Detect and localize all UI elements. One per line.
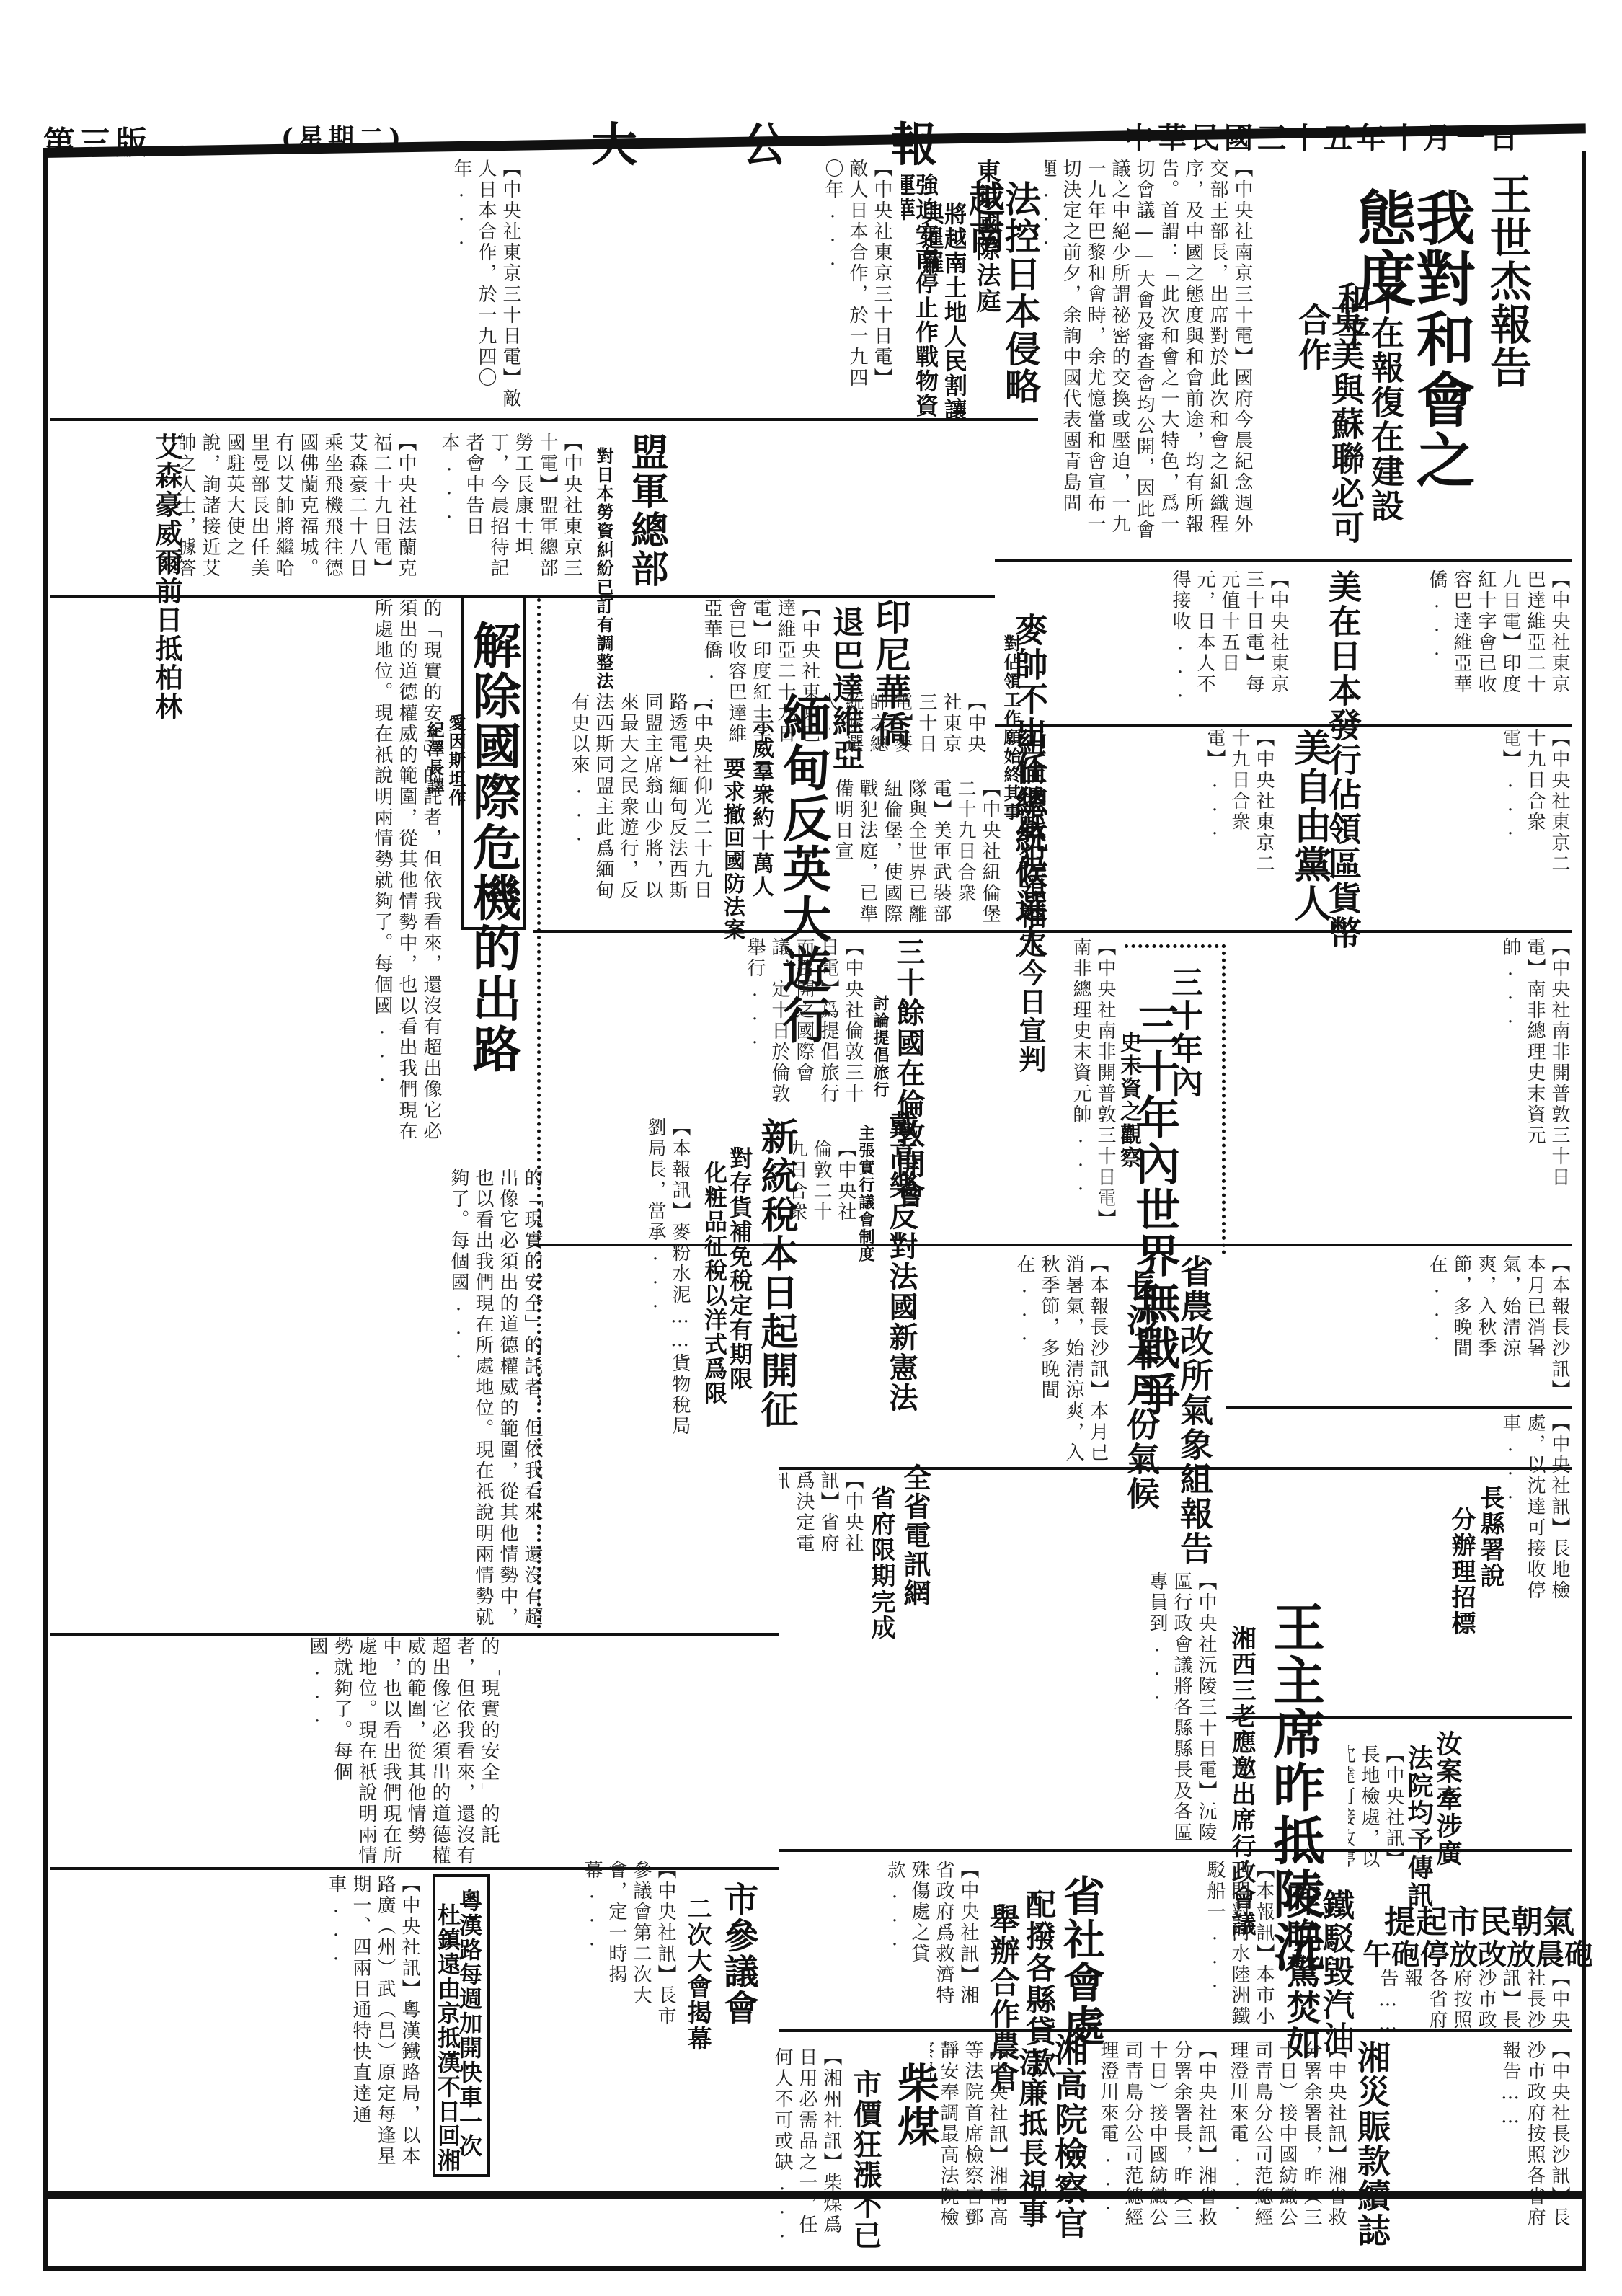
divider xyxy=(995,724,1572,727)
subhead: 主張實行議會制度 xyxy=(858,1125,874,1263)
article-body: 【中央社東京巴達維亞二十九日電】印度紅十字會已收容巴達維亞華僑... xyxy=(1370,569,1572,706)
article-body: 【中央社長沙訊】長沙市政府按照各省府報告…… xyxy=(1399,2040,1572,2242)
article-body: 【中央社東京三十電】盟軍總部勞工長康士坦丁，今晨招待記者會中告日本... xyxy=(433,433,584,591)
headline-allied-hq: 盟軍總部 xyxy=(627,433,665,588)
article-body: 【中央社法蘭克福二十九日電】艾森豪二十八日乘坐飛機飛往德國佛蘭克福城。有以艾帥將… xyxy=(180,433,418,591)
article-body: 【中央社訊】湘省救分署余署長，昨（三十日）接中國紡織公司青島分公司范總經理澄川來… xyxy=(1096,2040,1218,2242)
article-body: 【中央社東京三十日電】敵人日本合作，於一九四〇年... xyxy=(548,159,894,396)
headline-court: 汝案牽涉廣 xyxy=(1435,1730,1461,1867)
divider xyxy=(50,595,995,598)
kicker: 王世杰報告 xyxy=(1486,173,1528,389)
article-wang-peace-conference: 王世杰報告 我對和會之態度 不在報復在建設和平 英美與蘇聯必可合作 xyxy=(1262,159,1579,548)
wavy-divider xyxy=(537,598,544,1629)
article-body: 【本報訊】麥粉水泥……貨物稅局劉局長，當承... xyxy=(548,1117,692,1442)
subhead: 午砲停放改放晨砲 xyxy=(1362,1932,1593,1973)
article-body: 【中央社訊】長地檢處，以沈達可接收停車... xyxy=(1226,1413,1572,1629)
headline-weather: 省農改所氣象組報告 xyxy=(1168,1254,1211,1566)
article-body: 的「現實的安全」的託者，但依我看來，還沒有超出像它必須出的道德權威的範圍，從其他… xyxy=(54,598,443,1161)
subhead: 二次大會揭幕 xyxy=(685,1896,709,2052)
subhead: 汪廉抵長視事 xyxy=(1016,2047,1045,2229)
article-body: 【湘州社訊】柴煤爲日用必需品之一，任何人不可或缺... xyxy=(505,2047,843,2249)
divider xyxy=(50,418,1038,421)
headline-relief: 湘災賑款續誌 xyxy=(1355,2040,1388,2248)
divider xyxy=(995,559,1572,562)
article-body: 【中央社仰光二十九日路透電】緬甸反法西斯同盟主席翁山少將，以來最大之民衆遊行，反… xyxy=(548,692,714,901)
subhead: 對存貨補免稅定有期限 xyxy=(728,1146,751,1391)
article-body: 【中央社紐倫堡二十九日合衆電】美軍武裝部隊與全世界已離紐倫堡，使國際戰犯法庭，已… xyxy=(829,779,1002,930)
subhead: 市價狂漲不已 xyxy=(851,2069,879,2251)
subhead: 要求撤回國防法案 xyxy=(721,757,743,941)
byline: 愛因斯坦作 xyxy=(447,714,464,807)
subhead: 英美與蘇聯必可合作 xyxy=(1296,303,1362,548)
headline-us-liberals: 美自由黨人 xyxy=(1290,728,1328,923)
subhead: 長沙本月份氣候 xyxy=(1125,1269,1158,1511)
headline-einstein: 解除國際危機的出路 xyxy=(469,620,518,1074)
tokyo-subheads: 強迫安南停止作戰物資運華 將越南土地人民割讓與暹羅 xyxy=(901,159,966,433)
subhead: 法院均予傳訊 xyxy=(1406,1745,1432,1909)
divider xyxy=(50,1633,779,1636)
headline-new-tax: 新統稅本日起開征 xyxy=(757,1117,794,1429)
article-body: 【本報長沙訊】本月已消暑氣，始清涼爽，入秋季節，多晚間在... xyxy=(1330,1254,1572,1399)
divider xyxy=(1226,1406,1572,1409)
article-body: 【本報長沙訊】本月已消暑氣，始清涼爽，入秋季節，多晚間在... xyxy=(793,1254,1110,1463)
article-body: 【中央社南京三十電】國府今晨紀念週外交部王部長，出席對於此次和會之組織程序，及中… xyxy=(1045,159,1254,548)
subhead: 杜鎮遠由京抵漢不日回湘 xyxy=(436,1903,459,2173)
headline-county: 長縣署說 xyxy=(1478,1485,1502,1589)
article-body: 【中央社東京二十九日合衆電】... xyxy=(1060,728,1276,894)
article-body-left: 【中央社東京三十日電】敵人日本合作，於一九四〇年... xyxy=(54,159,523,418)
article-tokyo-tribunal: 東京國際法庭 法控日本侵略越南 xyxy=(959,159,1052,433)
subhead: 將越南土地人民割讓與暹羅 xyxy=(920,202,966,433)
article-body: 的「現實的安全」的託者，但依我看來，還沒有超出像它必須出的道德權威的範圍，從其他… xyxy=(54,1168,544,1629)
headline-council: 市參議會 xyxy=(721,1881,755,2026)
article-body: 【中央社南非開普敦三十日電】南非總理史末資元帥... xyxy=(923,937,1117,1240)
divider xyxy=(1226,1716,1572,1719)
divider xyxy=(50,1867,779,1870)
subhead: 討論提倡旅行 xyxy=(872,995,888,1099)
article-body: 【中央社南非開普敦三十日電】南非總理史末資元帥... xyxy=(1233,937,1572,1211)
bottom-rule xyxy=(43,2191,1586,2199)
headline: 法控日本侵略越南 xyxy=(966,180,1038,433)
article-body: 【中央社訊】長地檢處，以沈達可接收停車... xyxy=(1348,1745,1406,1889)
article-body: 【中央社訊】湘南高等法院首席檢察官鄧靜安奉調最高法院檢察署... xyxy=(930,2040,1009,2242)
subhead: 分辦理招標 xyxy=(1449,1507,1473,1636)
article-body: 【中央社倫敦三十日電】爲提倡旅行而召開之國際會議，定十日於倫敦舉行... xyxy=(548,937,865,1110)
subhead: 史末資之觀察 xyxy=(1117,1031,1139,1169)
article-body: 【中央社訊】湘省政府爲救濟特殊傷處之貸款... xyxy=(779,1860,980,2026)
headline-fire: 昨晚驚焚如 xyxy=(1283,1881,1318,2062)
subhead: 化粧品征稅以洋式爲限 xyxy=(703,1161,726,1406)
article-body: 【中央社東京二十九日合衆電】... xyxy=(1348,728,1572,894)
article-body: 【中央社倫敦二十九日合衆電】戴高樂今下午於法國東北部之厄比納爾發表演說，抨擊法.… xyxy=(793,1139,858,1240)
article-body: 【中央社訊】省府爲決定電訊網... xyxy=(779,1471,865,1564)
divider xyxy=(533,930,1572,933)
headline-prosecutor: 湘高院檢察官 xyxy=(1052,2033,1086,2240)
divider xyxy=(779,2029,1572,2032)
subhead: 示威羣衆約十萬人 xyxy=(750,714,771,898)
article-body: 【中央社東京三十日電】麥帥之總統候選人... xyxy=(829,692,988,771)
article-body: 【本報訊】本市小西門對河水陸洲鐵駁船一... xyxy=(1125,1860,1276,2040)
headline-social: 省社會處 xyxy=(1060,1874,1102,2047)
article-body: 【中央社沅陵三十日電】沅陵區行政會議將各縣縣長及各區專員到... xyxy=(779,1572,1218,1845)
article-body: 【中央社訊】粵漢鐵路局，以本路廣（州）武（昌）原定每逢星期一、四兩日通特快直達通… xyxy=(54,1874,422,2184)
article-body: 【中央社訊】長市參議會第二次大會，定一時揭幕... xyxy=(505,1860,678,2033)
article-body: 的「現實的安全」的託者，但依我看來，還沒有超出像它必須出的道德權威的範圍，從其他… xyxy=(54,1636,501,1867)
divider xyxy=(779,1849,1572,1852)
article-body: 【中央社訊】湘省救分署余署長，昨（三十日）接中國紡織公司青島分公司范總經理澄川來… xyxy=(1226,2040,1348,2242)
